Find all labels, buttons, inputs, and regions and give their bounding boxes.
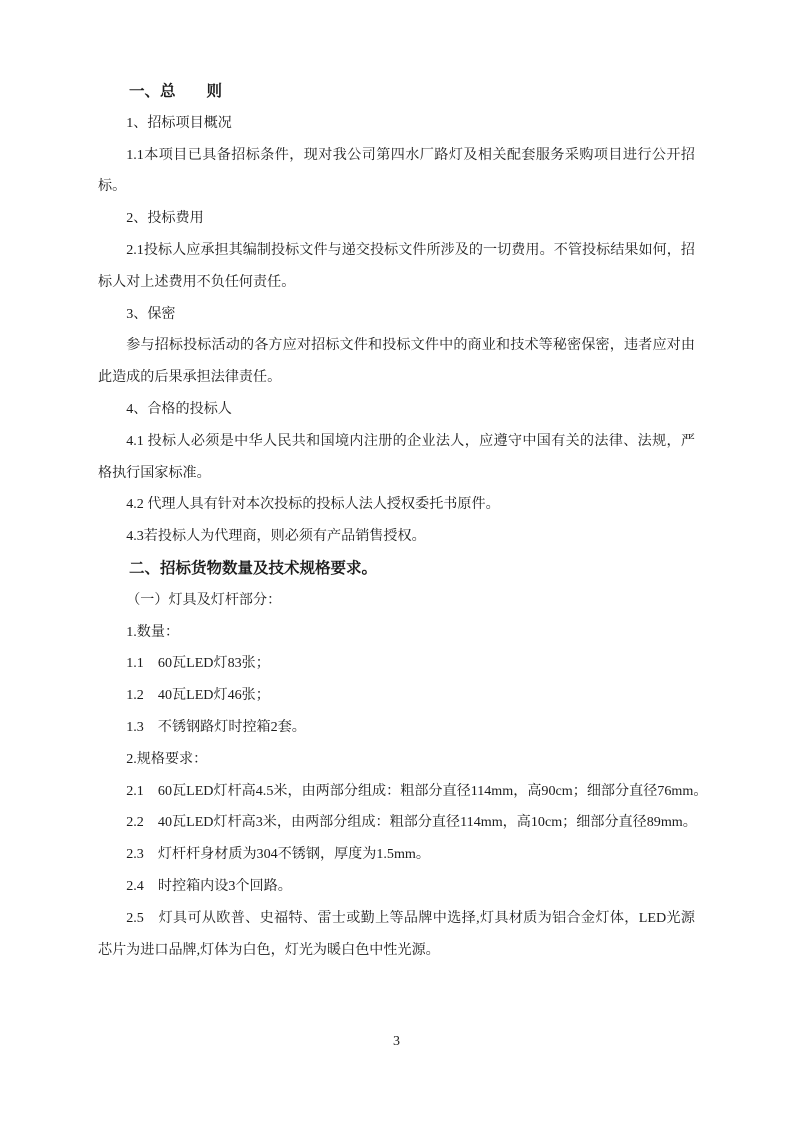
section-general-rules: 一、总 则 1、招标项目概况 1.1本项目已具备招标条件，现对我公司第四水厂路灯… — [98, 76, 695, 553]
paragraph-spec-heading: 2.规格要求： — [98, 744, 695, 776]
paragraph-bid-cost-heading: 2、投标费用 — [98, 203, 695, 235]
paragraph-spec-item-5: 2.5 灯具可从欧普、史福特、雷士或勤上等品牌中选择,灯具材质为铝合金灯体，LE… — [98, 903, 695, 967]
paragraph-quantity-item-2: 1.2 40瓦LED灯46张； — [98, 680, 695, 712]
page-number: 3 — [393, 1034, 400, 1049]
section-goods-specs: 二、招标货物数量及技术规格要求。 （一）灯具及灯杆部分： 1.数量： 1.1 6… — [98, 553, 695, 966]
section-general-title: 一、总 则 — [98, 76, 695, 108]
paragraph-qualified-bidders-2: 4.2 代理人具有针对本次投标的投标人法人授权委托书原件。 — [98, 489, 695, 521]
paragraph-spec-item-2: 2.2 40瓦LED灯杆高3米，由两部分组成：粗部分直径114mm，高10cm；… — [98, 807, 695, 839]
paragraph-qualified-bidders-1: 4.1 投标人必须是中华人民共和国境内注册的企业法人，应遵守中国有关的法律、法规… — [98, 426, 695, 490]
page-footer: 3 — [0, 1032, 793, 1052]
paragraph-confidentiality-heading: 3、保密 — [98, 299, 695, 331]
section-goods-title: 二、招标货物数量及技术规格要求。 — [98, 553, 695, 585]
paragraph-bid-cost: 2.1投标人应承担其编制投标文件与递交投标文件所涉及的一切费用。不管投标结果如何… — [98, 235, 695, 299]
document-body: 一、总 则 1、招标项目概况 1.1本项目已具备招标条件，现对我公司第四水厂路灯… — [0, 0, 793, 966]
document-page: 一、总 则 1、招标项目概况 1.1本项目已具备招标条件，现对我公司第四水厂路灯… — [0, 0, 793, 1122]
paragraph-quantity-item-1: 1.1 60瓦LED灯83张； — [98, 648, 695, 680]
paragraph-quantity-heading: 1.数量： — [98, 617, 695, 649]
paragraph-quantity-item-3: 1.3 不锈钢路灯时控箱2套。 — [98, 712, 695, 744]
paragraph-project-overview: 1.1本项目已具备招标条件，现对我公司第四水厂路灯及相关配套服务采购项目进行公开… — [98, 140, 695, 204]
paragraph-spec-item-1: 2.1 60瓦LED灯杆高4.5米，由两部分组成：粗部分直径114mm，高90c… — [98, 776, 695, 808]
paragraph-lamps-part-heading: （一）灯具及灯杆部分： — [98, 585, 695, 617]
paragraph-project-overview-heading: 1、招标项目概况 — [98, 108, 695, 140]
paragraph-qualified-bidders-heading: 4、合格的投标人 — [98, 394, 695, 426]
paragraph-spec-item-3: 2.3 灯杆杆身材质为304不锈钢，厚度为1.5mm。 — [98, 839, 695, 871]
paragraph-spec-item-4: 2.4 时控箱内设3个回路。 — [98, 871, 695, 903]
paragraph-qualified-bidders-3: 4.3若投标人为代理商，则必须有产品销售授权。 — [98, 521, 695, 553]
paragraph-confidentiality: 参与招标投标活动的各方应对招标文件和投标文件中的商业和技术等秘密保密，违者应对由… — [98, 330, 695, 394]
